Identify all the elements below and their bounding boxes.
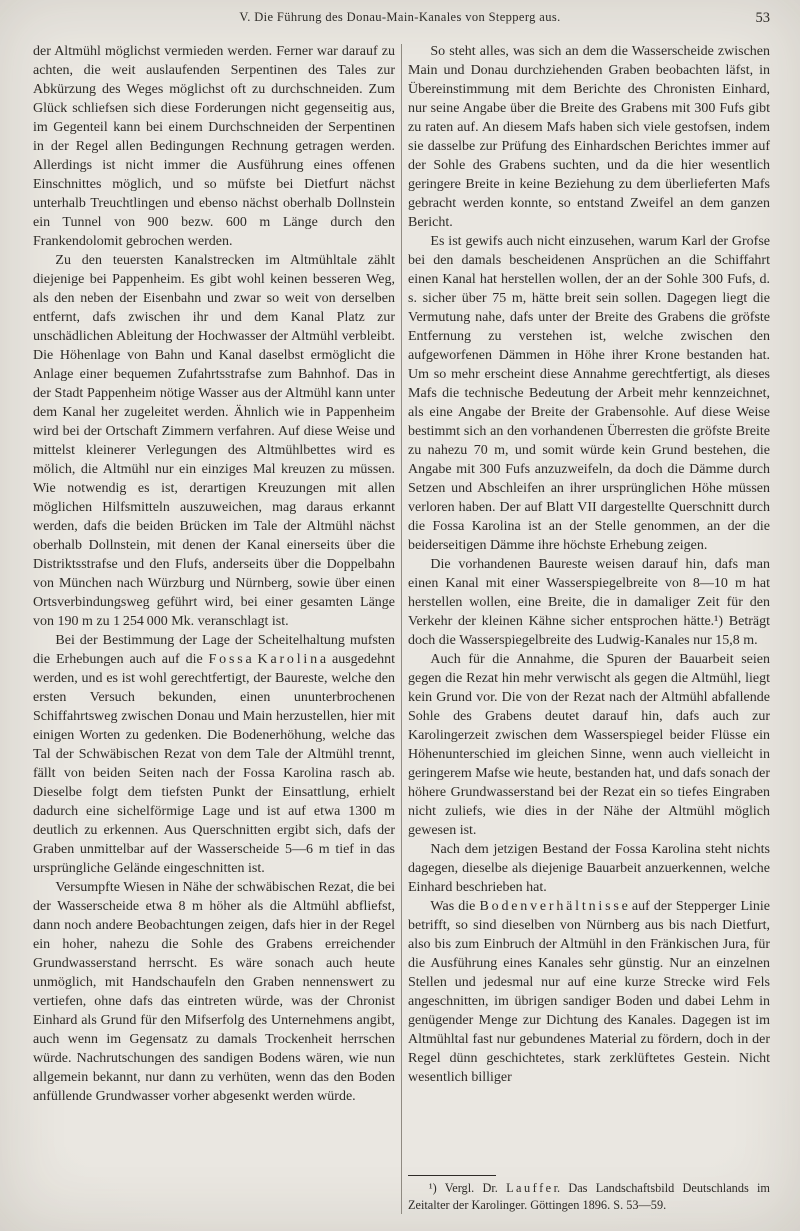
- paragraph: Nach dem jetzigen Bestand der Fossa Karo…: [408, 840, 770, 897]
- paragraph: Auch für die Annahme, die Spuren der Bau…: [408, 650, 770, 840]
- footnote-block: ¹) Vergl. Dr. L a u f f e r. Das Landsch…: [408, 1169, 770, 1214]
- paragraph: Die vorhandenen Baureste weisen darauf h…: [408, 555, 770, 650]
- left-column: der Altmühl möglichst vermieden werden. …: [33, 42, 395, 1214]
- paragraph: Zu den teuersten Kanalstrecken im Altmüh…: [33, 251, 395, 631]
- page-number: 53: [756, 10, 771, 27]
- paragraph: Was die B o d e n v e r h ä l t n i s s …: [408, 897, 770, 1087]
- right-column-text: So steht alles, was sich an dem die Wass…: [408, 42, 770, 1087]
- paragraph: Bei der Bestimmung der Lage der Scheitel…: [33, 631, 395, 878]
- book-page: V. Die Führung des Donau-Main-Kanales vo…: [0, 0, 800, 1231]
- footnote: ¹) Vergl. Dr. L a u f f e r. Das Landsch…: [408, 1180, 770, 1214]
- footnote-rule: [408, 1175, 496, 1176]
- right-column: So steht alles, was sich an dem die Wass…: [408, 42, 770, 1214]
- paragraph: Versumpfte Wiesen in Nähe der schwäbisch…: [33, 878, 395, 1106]
- paragraph: Es ist gewifs auch nicht einzusehen, war…: [408, 232, 770, 555]
- page-header: V. Die Führung des Donau-Main-Kanales vo…: [0, 10, 800, 32]
- text-columns: der Altmühl möglichst vermieden werden. …: [33, 42, 770, 1214]
- paragraph: der Altmühl möglichst vermieden werden. …: [33, 42, 395, 251]
- running-title: V. Die Führung des Donau-Main-Kanales vo…: [0, 10, 800, 25]
- column-divider: [401, 44, 402, 1214]
- paragraph: So steht alles, was sich an dem die Wass…: [408, 42, 770, 232]
